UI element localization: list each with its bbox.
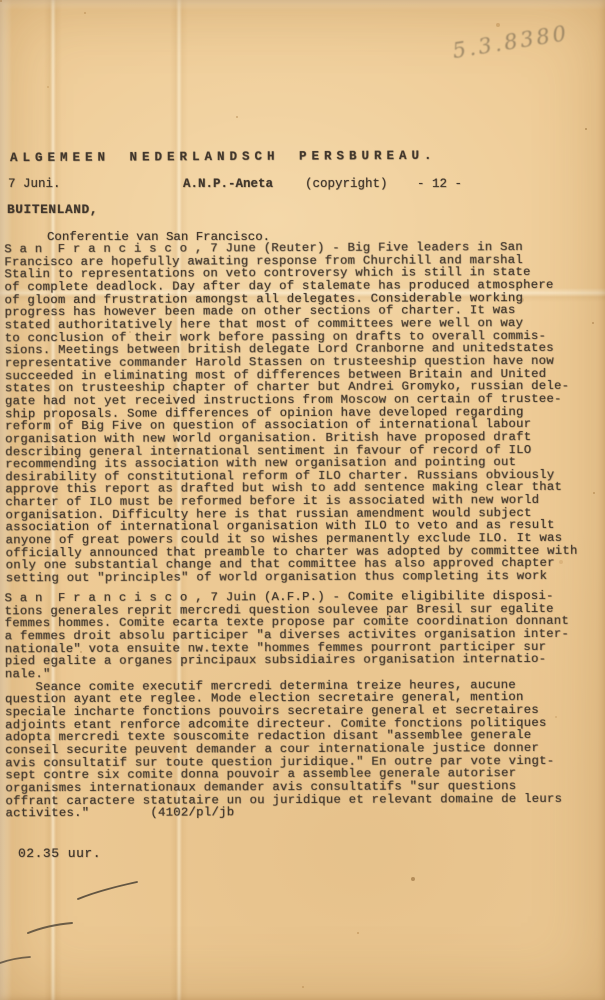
- handwritten-archival-number: 5.3.8380: [451, 21, 571, 63]
- dateline-agency: A.N.P.-Aneta: [183, 177, 273, 191]
- time-mark: 02.35 uur.: [18, 846, 101, 861]
- pencil-check-mark: [0, 876, 150, 976]
- paragraph-afp: S a n F r a n c i s c o , 7 Juin (A.F.P.…: [5, 590, 602, 820]
- dateline-row: 7 Juni. A.N.P.-Aneta (copyright) - 12 -: [0, 177, 605, 191]
- section-heading: BUITENLAND,: [7, 202, 98, 217]
- dateline-copyright: (copyright): [305, 177, 388, 191]
- masthead: ALGEMEEN NEDERLANDSCH PERSBUREAU.: [10, 149, 437, 165]
- dateline-page-number: - 12 -: [417, 177, 462, 191]
- dateline-date: 7 Juni.: [8, 177, 61, 191]
- scanned-telegram-page: 5.3.8380 ALGEMEEN NEDERLANDSCH PERSBUREA…: [0, 0, 605, 1000]
- paragraph-reuter: S a n F r a n c i s c o , 7 June (Reuter…: [4, 241, 601, 585]
- paper-foxing-speckles: [0, 0, 2, 2]
